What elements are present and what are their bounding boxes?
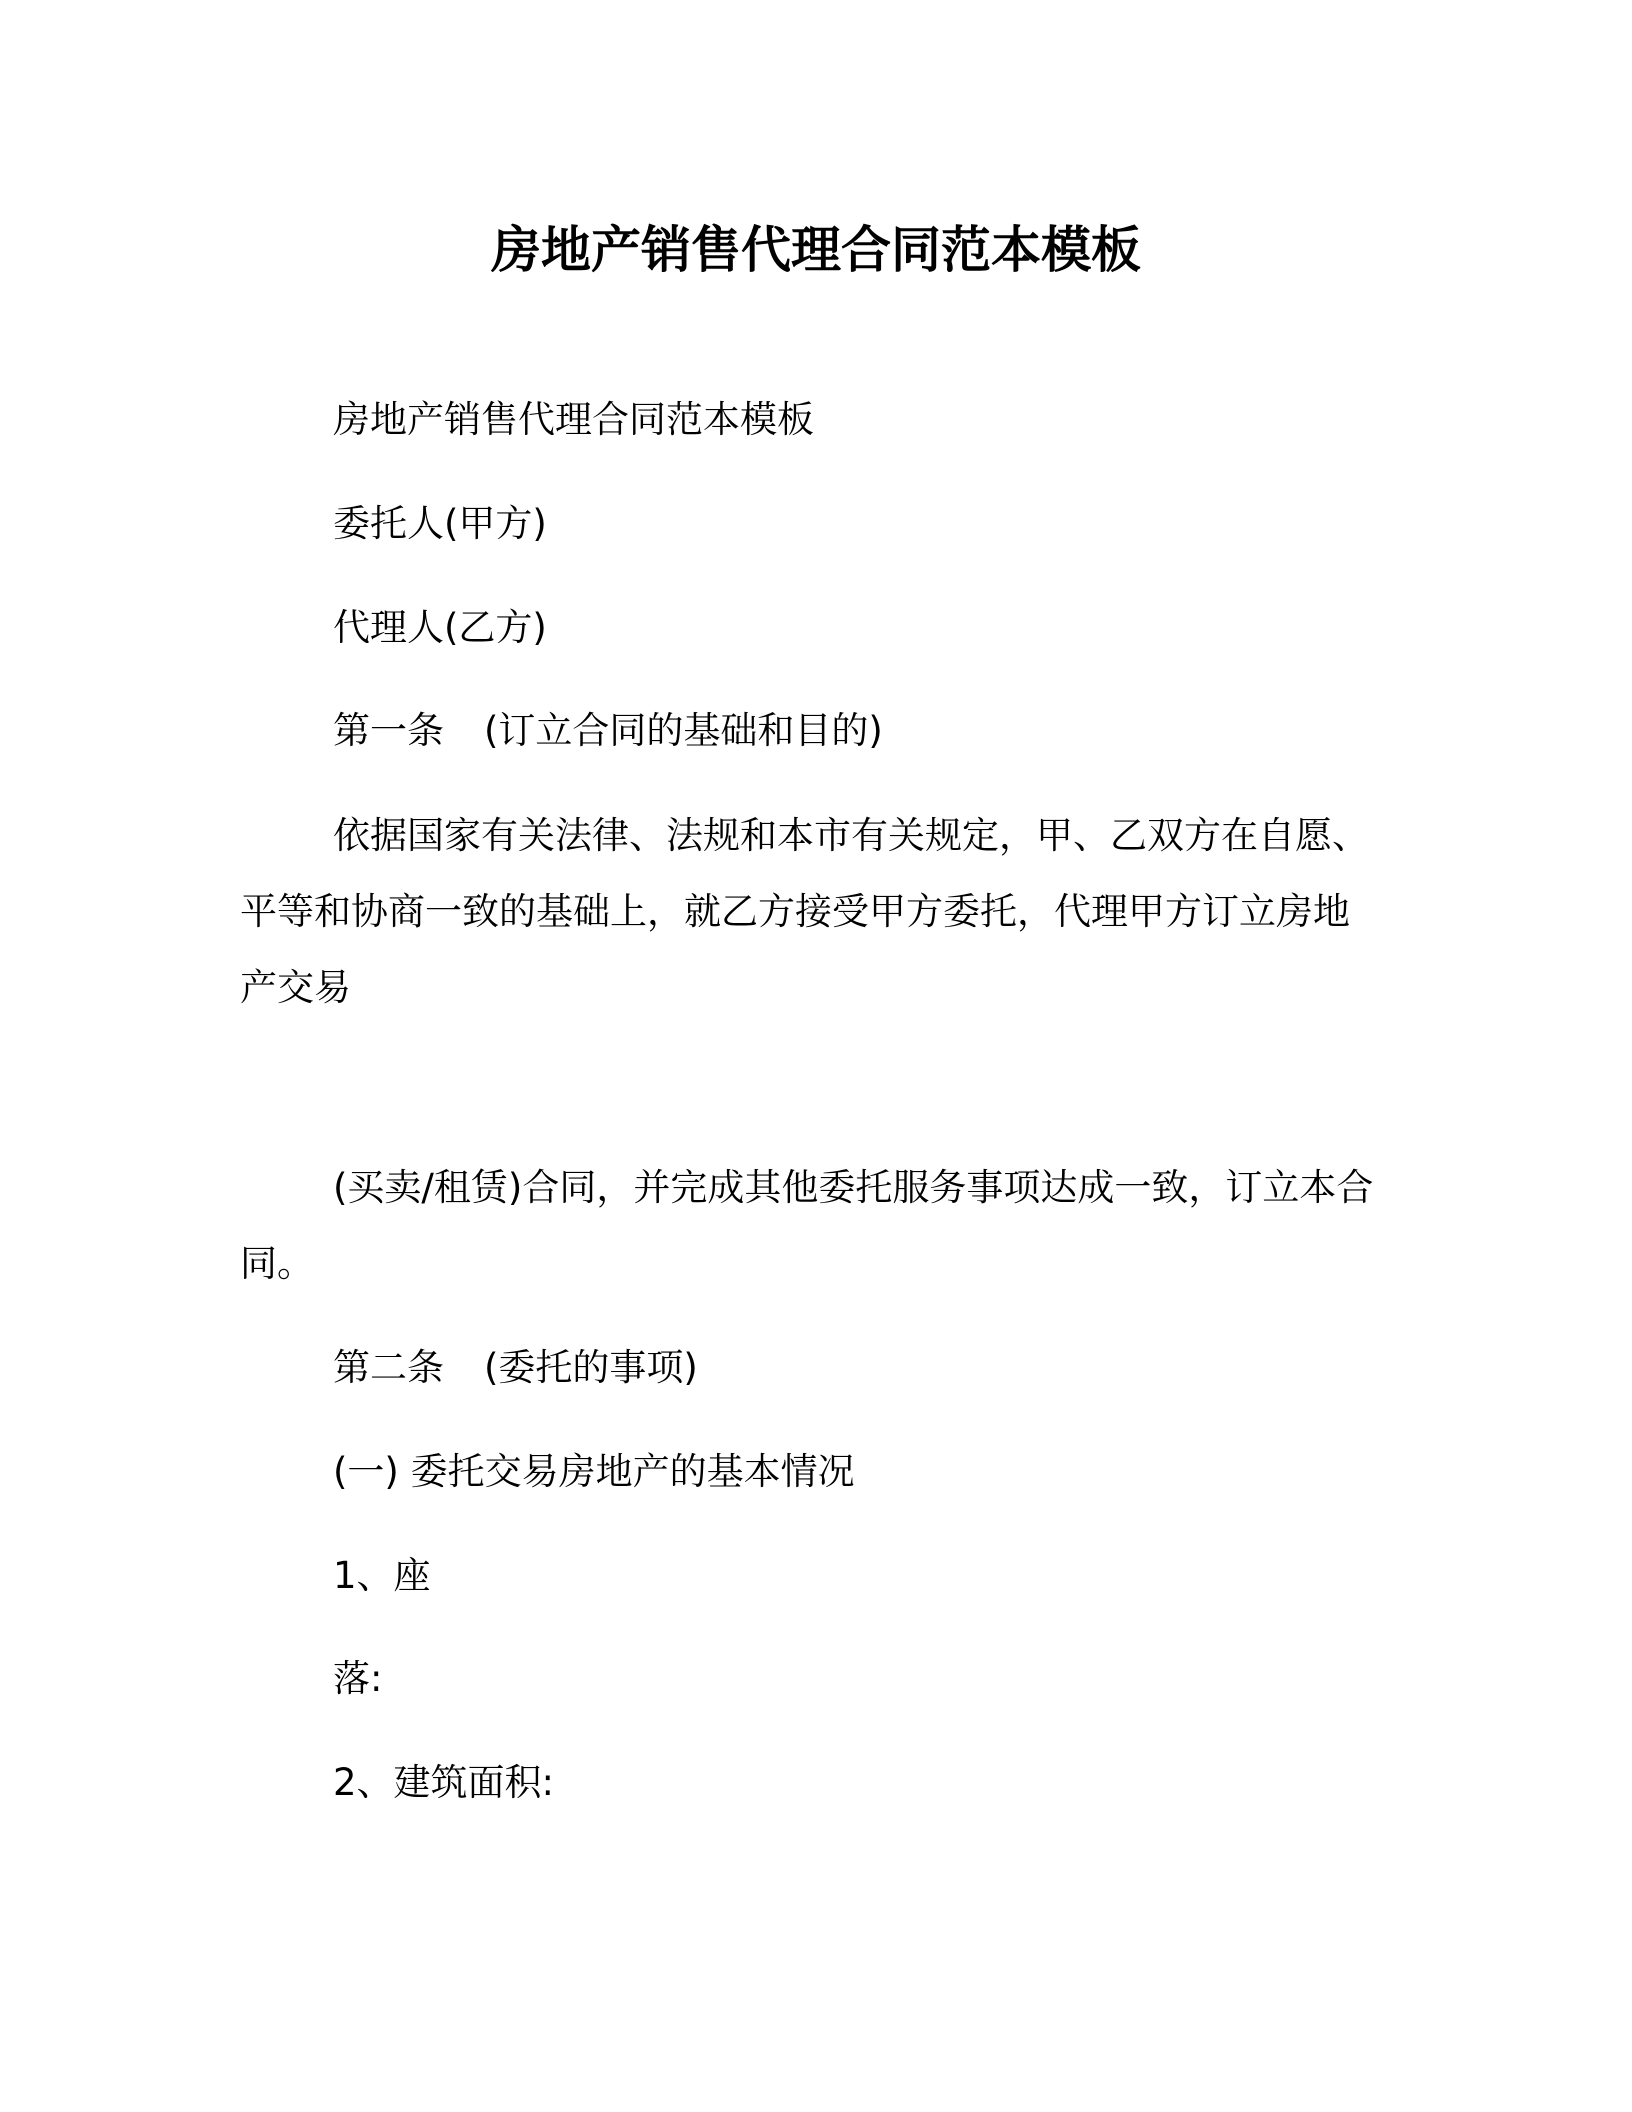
article-1-para1-line1: 依据国家有关法律、法规和本市有关规定，甲、乙双方在自愿、: [333, 812, 1369, 860]
article-1-number: 第一条: [333, 709, 444, 752]
party-a-label: 委托人(甲方): [333, 500, 547, 548]
article-1-para2-line2: 同。: [240, 1240, 314, 1288]
document-subtitle: 房地产销售代理合同范本模板: [333, 396, 814, 444]
item-2-floor-area: 2、建筑面积:: [333, 1759, 554, 1807]
article-2-heading: 第二条(委托的事项): [333, 1344, 698, 1392]
article-1-para2-line1: (买卖/租赁)合同，并完成其他委托服务事项达成一致，订立本合: [333, 1164, 1373, 1212]
party-b-label: 代理人(乙方): [333, 604, 547, 652]
article-1-heading: 第一条(订立合同的基础和目的): [333, 707, 883, 755]
article-2-title: (委托的事项): [484, 1346, 698, 1389]
document-page: 房地产销售代理合同范本模板 房地产销售代理合同范本模板 委托人(甲方) 代理人(…: [0, 0, 1632, 2112]
article-2-section-1: (一) 委托交易房地产的基本情况: [333, 1448, 855, 1496]
article-1-para1-line2: 平等和协商一致的基础上，就乙方接受甲方委托，代理甲方订立房地: [240, 888, 1350, 936]
document-title: 房地产销售代理合同范本模板: [0, 220, 1632, 280]
article-1-title: (订立合同的基础和目的): [484, 709, 883, 752]
item-1-location-a: 1、座: [333, 1552, 431, 1600]
item-1-location-b: 落:: [333, 1655, 382, 1703]
article-1-para1-line3: 产交易: [240, 964, 351, 1012]
article-2-number: 第二条: [333, 1346, 444, 1389]
